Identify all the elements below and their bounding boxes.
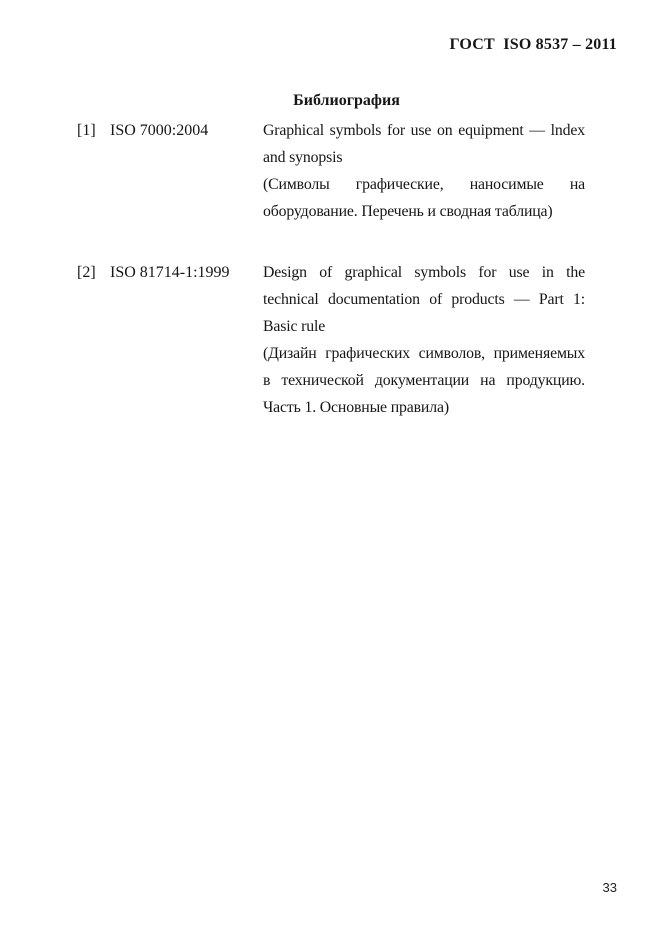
page-title: Библиография bbox=[16, 92, 661, 110]
description-line: (Символы графические, наносимые на bbox=[263, 171, 585, 198]
description-line: оборудование. Перечень и сводная таблица… bbox=[263, 198, 585, 225]
entry-ref-number: [2] bbox=[77, 259, 110, 286]
document-page: ГОСТ ISO 8537 – 2011 Библиография [1] IS… bbox=[0, 0, 661, 936]
entry-ref-number: [1] bbox=[77, 117, 110, 144]
description-line: technical documentation of products — Pa… bbox=[263, 286, 585, 313]
description-line: в технической документации на продукцию. bbox=[263, 367, 585, 394]
description-line: Design of graphical symbols for use in t… bbox=[263, 259, 585, 286]
description-line: and synopsis bbox=[263, 144, 585, 171]
entry-standard-code: ISO 81714-1:1999 bbox=[110, 259, 230, 286]
bibliography-entry: [2] ISO 81714-1:1999 Design of graphical… bbox=[77, 259, 585, 421]
entry-description: Graphical symbols for use on equipment —… bbox=[263, 117, 585, 225]
entry-standard-code: ISO 7000:2004 bbox=[110, 117, 208, 144]
description-line: (Дизайн графических символов, применяемы… bbox=[263, 340, 585, 367]
entry-description: Design of graphical symbols for use in t… bbox=[263, 259, 585, 421]
entry-label: [2] ISO 81714-1:1999 bbox=[77, 259, 263, 286]
bibliography-list: [1] ISO 7000:2004 Graphical symbols for … bbox=[77, 117, 585, 421]
bibliography-entry: [1] ISO 7000:2004 Graphical symbols for … bbox=[77, 117, 585, 225]
description-line: Basic rule bbox=[263, 313, 585, 340]
description-line: Graphical symbols for use on equipment —… bbox=[263, 117, 585, 144]
document-header: ГОСТ ISO 8537 – 2011 bbox=[449, 36, 617, 54]
description-line: Часть 1. Основные правила) bbox=[263, 394, 585, 421]
page-number: 33 bbox=[603, 880, 617, 895]
entry-label: [1] ISO 7000:2004 bbox=[77, 117, 263, 144]
